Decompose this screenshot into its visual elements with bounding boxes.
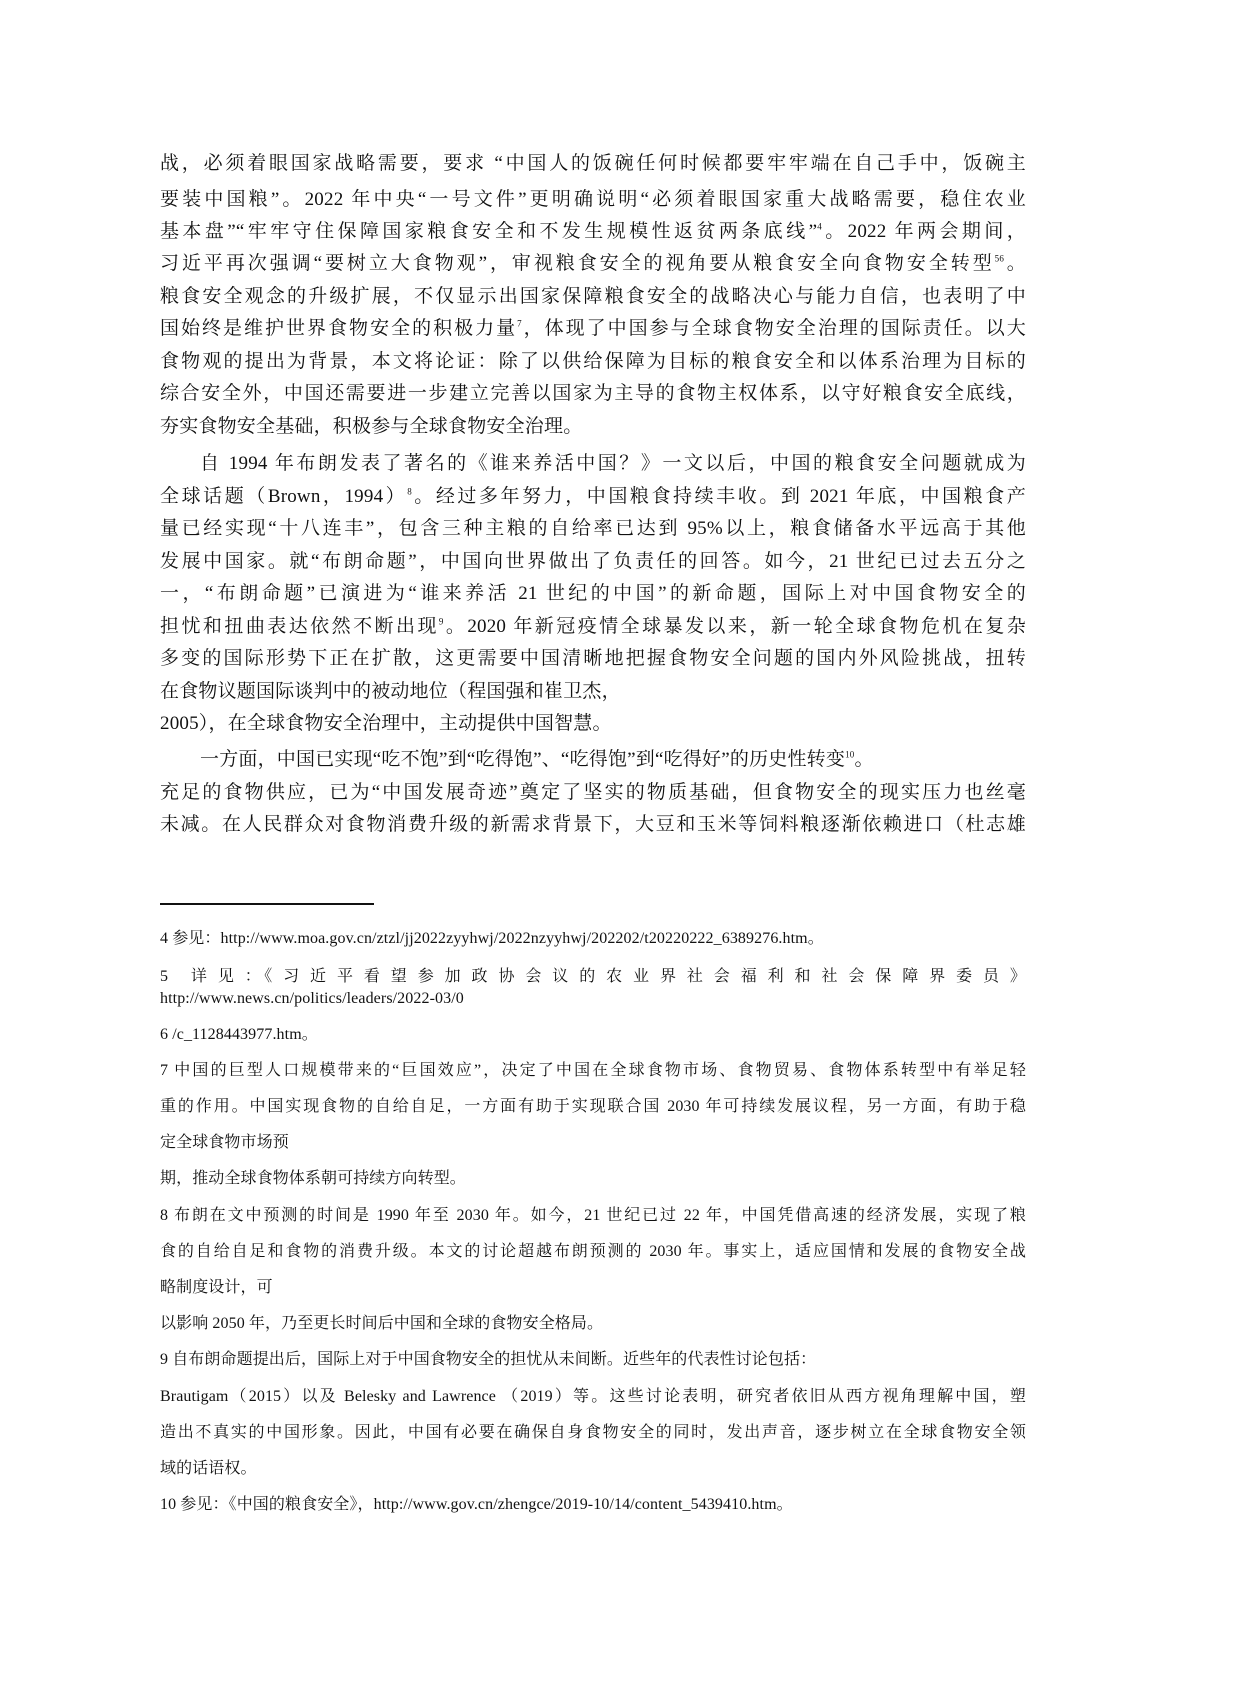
footnote-9: 9 自布朗命题提出后，国际上对于中国食物安全的担忧从未间断。近些年的代表性讨论包… (160, 1349, 816, 1371)
body-text: 。 (854, 749, 873, 770)
footnote-7-line: 重的作用。中国实现食物的自给自足，一方面有助于实现联合国 2030 年可持续发展… (160, 1096, 1026, 1118)
body-text: 。经过多年努力，中国粮食持续丰收。到 2021 年底，中国粮食产 (412, 486, 1026, 507)
footnote-ref-56[interactable]: 56 (995, 254, 1004, 264)
body-line: 习近平再次强调“要树立大食物观”，审视粮食安全的视角要从粮食安全向食物安全转型5… (160, 252, 1026, 276)
footnote-9-line: 域的话语权。 (160, 1458, 257, 1480)
body-line: 一方面，中国已实现“吃不饱”到“吃得饱”、“吃得饱”到“吃得好”的历史性转变10… (200, 748, 1026, 772)
footnote-9-line: Brautigam（2015）以及 Belesky and Lawrence （… (160, 1386, 1026, 1408)
footnote-4: 4 参见：http://www.moa.gov.cn/ztzl/jj2022zy… (160, 928, 824, 950)
footnote-separator (160, 903, 374, 905)
body-line: 国始终是维护世界食物安全的积极力量7，体现了中国参与全球食物安全治理的国际责任。… (160, 317, 1026, 341)
body-line: 粮食安全观念的升级扩展，不仅显示出国家保障粮食安全的战略决心与能力自信，也表明了… (160, 285, 1026, 309)
body-line: 自 1994 年布朗发表了著名的《谁来养活中国？》一文以后，中国的粮食安全问题就… (200, 452, 1026, 476)
body-text: 基本盘”“牢牢守住保障国家粮食安全和不发生规模性返贫两条底线” (160, 221, 817, 242)
body-line: 充足的食物供应，已为“中国发展奇迹”奠定了坚实的物质基础，但食物安全的现实压力也… (160, 781, 1026, 805)
footnote-8-line: 略制度设计，可 (160, 1277, 273, 1299)
body-line: 要装中国粮”。2022 年中央“一号文件”更明确说明“必须着眼国家重大战略需要，… (160, 188, 1026, 212)
body-line: 量已经实现“十八连丰”，包含三种主粮的自给率已达到 95%以上，粮食储备水平远高… (160, 517, 1026, 541)
body-line: 多变的国际形势下正在扩散，这更需要中国清晰地把握食物安全问题的国内外风险挑战，扭… (160, 647, 1026, 671)
body-line: 2005），在全球食物安全治理中，主动提供中国智慧。 (160, 712, 612, 736)
footnote-7: 7 中国的巨型人口规模带来的“巨国效应”，决定了中国在全球食物市场、食物贸易、食… (160, 1060, 1026, 1082)
footnote-8-line: 食的自给自足和食物的消费升级。本文的讨论超越布朗预测的 2030 年。事实上，适… (160, 1241, 1026, 1263)
body-text: 一方面，中国已实现“吃不饱”到“吃得饱”、“吃得饱”到“吃得好”的历史性转变 (200, 749, 845, 770)
body-text: ，体现了中国参与全球食物安全治理的国际责任。以大 (522, 318, 1026, 339)
footnote-8-line: 以影响 2050 年，乃至更长时间后中国和全球的食物安全格局。 (160, 1313, 603, 1335)
footnote-7-line: 期，推动全球食物体系朝可持续方向转型。 (160, 1168, 466, 1190)
body-text: 担忧和扭曲表达依然不断出现 (160, 616, 439, 637)
body-line: 未减。在人民群众对食物消费升级的新需求背景下，大豆和玉米等饲料粮逐渐依赖进口（杜… (160, 813, 1026, 837)
body-line: 全球话题（Brown，1994）8。经过多年努力，中国粮食持续丰收。到 2021… (160, 485, 1026, 509)
footnote-5-url[interactable]: http://www.news.cn/politics/leaders/2022… (160, 988, 464, 1010)
body-text: 习近平再次强调“要树立大食物观”，审视粮食安全的视角要从粮食安全向食物安全转型 (160, 253, 995, 274)
footnote-10: 10 参见：《中国的粮食安全》，http://www.gov.cn/zhengc… (160, 1494, 793, 1516)
body-text: 国始终是维护世界食物安全的积极力量 (160, 318, 517, 339)
body-line: 发展中国家。就“布朗命题”，中国向世界做出了负责任的回答。如今，21 世纪已过去… (160, 550, 1026, 574)
body-line: 食物观的提出为背景，本文将论证：除了以供给保障为目标的粮食安全和以体系治理为目标… (160, 350, 1026, 374)
body-line: 一，“布朗命题”已演进为“谁来养活 21 世纪的中国”的新命题，国际上对中国食物… (160, 582, 1026, 606)
body-line: 综合安全外，中国还需要进一步建立完善以国家为主导的食物主权体系，以守好粮食安全底… (160, 382, 1026, 406)
footnote-7-line: 定全球食物市场预 (160, 1132, 289, 1154)
body-text: 。 (1004, 253, 1026, 274)
body-text: 。2022 年两会期间， (822, 221, 1026, 242)
body-line: 夯实食物安全基础，积极参与全球食物安全治理。 (160, 415, 582, 439)
body-line: 担忧和扭曲表达依然不断出现9。2020 年新冠疫情全球暴发以来，新一轮全球食物危… (160, 615, 1026, 639)
body-line: 战，必须着眼国家战略需要，要求 “中国人的饭碗任何时候都要牢牢端在自己手中，饭碗… (160, 152, 1026, 176)
footnote-5: 5 详 见 ：《 习 近 平 看 望 参 加 政 协 会 议 的 农 业 界 社… (160, 966, 1026, 988)
body-line: 基本盘”“牢牢守住保障国家粮食安全和不发生规模性返贫两条底线”4。2022 年两… (160, 220, 1026, 244)
body-text: 。2020 年新冠疫情全球暴发以来，新一轮全球食物危机在复杂 (444, 616, 1026, 637)
footnote-9-line: 造出不真实的中国形象。因此，中国有必要在确保自身食物安全的同时，发出声音，逐步树… (160, 1422, 1026, 1444)
footnote-8: 8 布朗在文中预测的时间是 1990 年至 2030 年。如今，21 世纪已过 … (160, 1205, 1026, 1227)
footnote-6: 6 /c_1128443977.htm。 (160, 1024, 318, 1046)
body-text: 全球话题（Brown，1994） (160, 486, 407, 507)
body-line: 在食物议题国际谈判中的被动地位（程国强和崔卫杰， (160, 680, 621, 704)
document-page: 战，必须着眼国家战略需要，要求 “中国人的饭碗任何时候都要牢牢端在自己手中，饭碗… (0, 0, 1240, 1683)
